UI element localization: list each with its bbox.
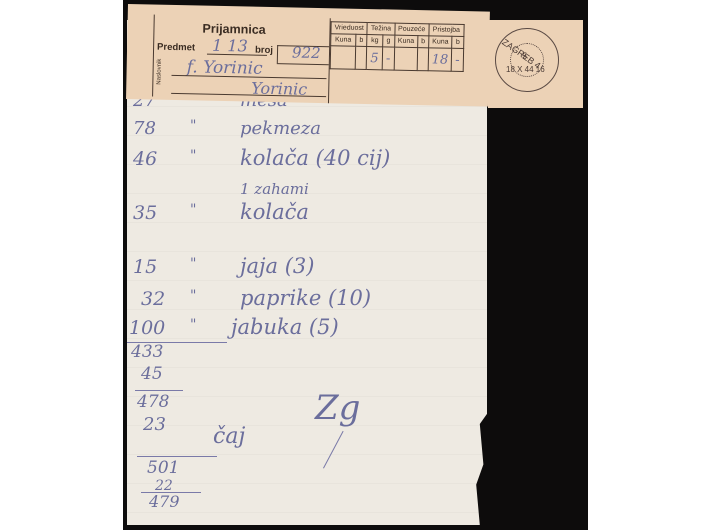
- col-subheader: b: [418, 36, 429, 48]
- col-subheader: b: [452, 36, 464, 48]
- postmark-number: 5: [522, 51, 527, 61]
- list-item: kolača (40 cij): [240, 146, 390, 170]
- addend-2: 23: [143, 414, 166, 435]
- side-label: Naslovnik: [156, 59, 163, 85]
- list-amount: 32: [141, 288, 165, 310]
- list-ditto: ": [190, 118, 196, 134]
- fee-cell: [417, 48, 428, 71]
- addend-2-label: čaj: [213, 424, 245, 449]
- broj-value: 922: [292, 43, 321, 62]
- col-subheader: Kuna: [394, 35, 418, 47]
- list-item: kolača: [240, 200, 309, 224]
- list-amount: 15: [133, 256, 157, 278]
- fee-cell: -: [452, 48, 464, 71]
- list-item: jaja (3): [240, 254, 314, 278]
- predmet-value: 1 13: [212, 36, 248, 56]
- subtotal-1: 433: [131, 342, 163, 362]
- col-subheader: Kuna: [428, 36, 452, 48]
- receipt-slip: Prijamnica Predmet 1 13 broj 922 Naslovn…: [126, 4, 490, 107]
- broj-label: broj: [255, 45, 273, 56]
- broj-box-bottom: [277, 63, 329, 65]
- list-ditto: ": [190, 317, 196, 333]
- subtotal-2: 478: [137, 392, 169, 412]
- col-header: Vrieduost: [331, 22, 368, 35]
- fee-cell: [330, 46, 355, 70]
- sum-line: [137, 456, 217, 457]
- col-subheader: Kuna: [331, 34, 356, 47]
- fee-cell: 18: [428, 48, 452, 71]
- subtotal-3: 501: [147, 458, 179, 478]
- col-subheader: b: [355, 34, 367, 46]
- col-header: Težina: [367, 23, 394, 36]
- fees-table: Vrieduost Težina Pouzeće Pristojba Kuna …: [330, 21, 465, 72]
- fee-cell: [355, 46, 367, 69]
- signature-stroke: [323, 431, 344, 469]
- list-ditto: ": [190, 288, 196, 304]
- col-subheader: g: [383, 35, 395, 47]
- list-amount: 100: [129, 317, 165, 339]
- col-subheader: kg: [367, 35, 383, 47]
- list-ditto: ": [190, 256, 196, 272]
- list-item: jabuka (5): [231, 315, 339, 339]
- fee-cell: 5: [366, 47, 382, 70]
- list-amount: 35: [133, 202, 157, 224]
- postmark-stamp: ZAGREB 4 5 18 X 44 16: [495, 28, 559, 92]
- col-header: Pouzeće: [394, 23, 429, 36]
- list-ditto: ": [190, 202, 196, 218]
- predmet-label: Predmet: [157, 42, 195, 54]
- col-header: Pristojba: [429, 24, 464, 37]
- list-ditto: ": [190, 148, 196, 164]
- list-amount: 78: [133, 118, 156, 139]
- signature: Zg: [315, 388, 360, 428]
- list-item: paprike (10): [240, 286, 371, 310]
- list-item: pekmeza: [240, 118, 321, 139]
- list-amount: 46: [133, 148, 157, 170]
- postmark-date: 18 X 44 16: [506, 65, 545, 74]
- fee-cell: [394, 47, 418, 70]
- receipt-title: Prijamnica: [202, 22, 266, 37]
- list-item: 1 zahami: [240, 180, 309, 198]
- addend-1: 45: [141, 364, 163, 384]
- sum-line: [135, 390, 183, 391]
- fee-cell: -: [382, 47, 394, 70]
- receipt-left-border: [152, 15, 155, 97]
- total: 479: [149, 492, 180, 511]
- broj-box-left: [277, 45, 278, 63]
